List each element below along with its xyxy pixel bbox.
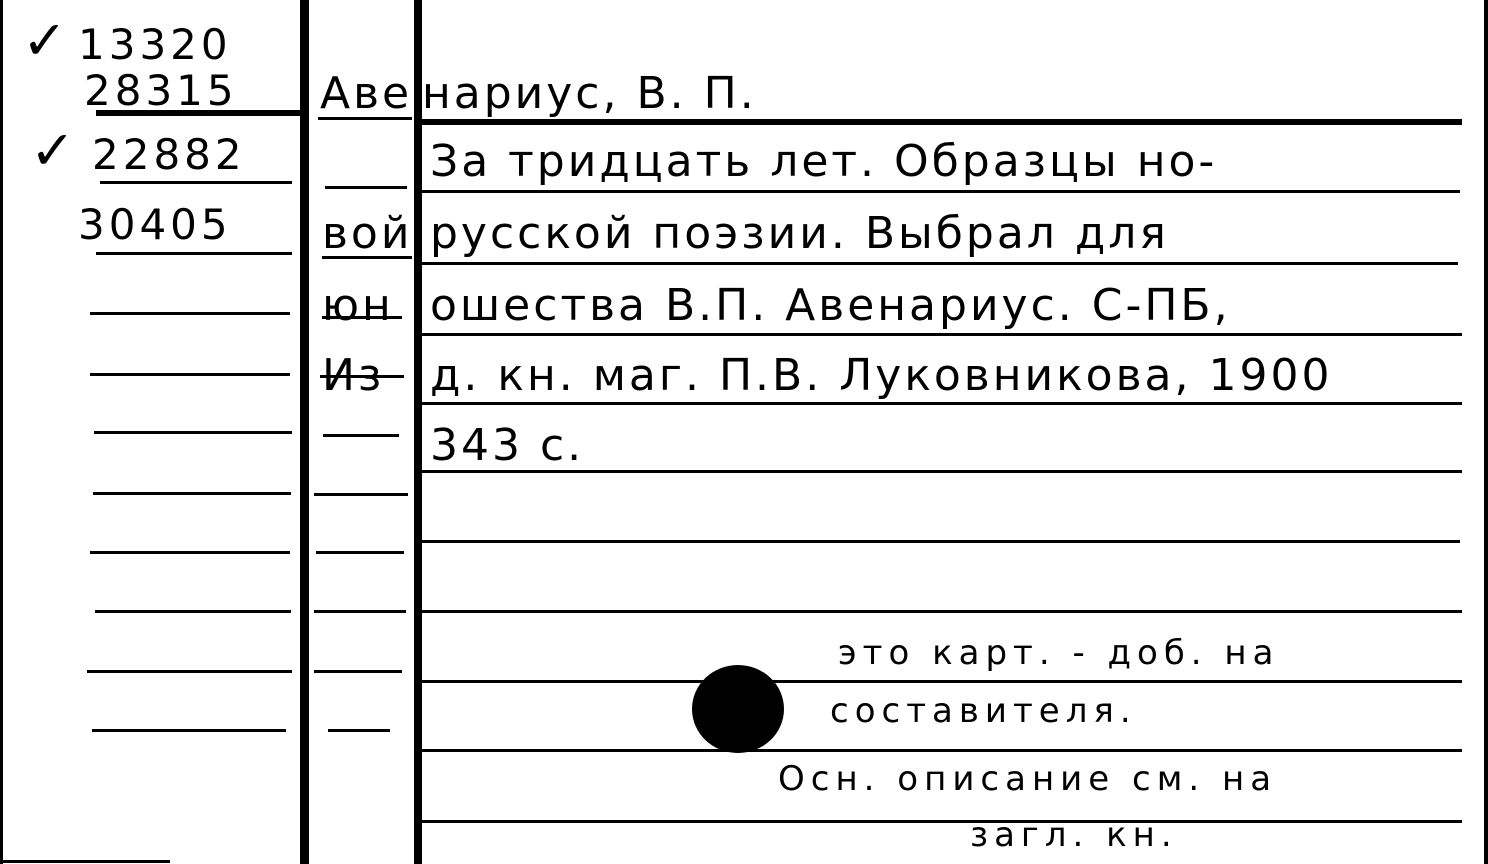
rule <box>316 551 404 554</box>
catalog-card: ✓ 13320 28315 ✓ 22882 30405 Аве нариус, … <box>0 0 1488 864</box>
rule <box>90 551 290 554</box>
rule <box>90 373 290 376</box>
rule <box>94 431 292 434</box>
rule <box>422 333 1462 336</box>
rule <box>325 186 407 189</box>
punch-hole <box>692 665 784 753</box>
author-heading: нариус, В. П. <box>422 72 757 116</box>
rule <box>422 262 1458 265</box>
call-number: 28315 <box>84 70 238 112</box>
card-edge-right <box>1484 0 1488 864</box>
rule <box>314 493 408 496</box>
note-line: это карт. - доб. на <box>838 636 1279 670</box>
rule <box>100 181 292 184</box>
call-number: 13320 <box>78 24 232 66</box>
description-line: ошества В.П. Авенариус. С-ПБ, <box>430 284 1231 328</box>
rule <box>422 540 1460 543</box>
description-line: д. кн. маг. П.В. Луковникова, 1900 <box>430 354 1332 398</box>
note-line: Осн. описание см. на <box>778 762 1277 796</box>
rule <box>422 749 1462 752</box>
rule <box>96 252 292 255</box>
rule <box>90 312 290 315</box>
card-edge-bottom <box>0 860 170 863</box>
rule <box>314 610 406 613</box>
check-mark-icon: ✓ <box>30 124 75 178</box>
rule <box>422 190 1460 193</box>
rule <box>95 610 291 613</box>
rule <box>323 434 399 437</box>
rule <box>92 729 286 732</box>
call-number: 22882 <box>92 134 246 176</box>
column-rule-left <box>300 0 309 864</box>
column-rule-right <box>414 0 422 864</box>
rule <box>422 680 1462 683</box>
call-number: 30405 <box>78 204 232 246</box>
rule <box>422 820 1462 823</box>
description-margin: юн <box>322 284 394 328</box>
card-edge-left <box>0 0 3 864</box>
description-margin: Из <box>322 354 384 398</box>
rule <box>422 402 1462 405</box>
description-line: За тридцать лет. Образцы но- <box>430 140 1217 184</box>
rule <box>422 119 1462 125</box>
rule <box>314 670 402 673</box>
check-mark-icon: ✓ <box>22 14 67 68</box>
description-line: русской поэзии. Выбрал для <box>430 212 1169 256</box>
note-line: составителя. <box>830 694 1137 728</box>
pagination: 343 с. <box>430 424 584 468</box>
description-margin: вой <box>322 212 412 256</box>
rule <box>328 729 390 732</box>
rule <box>422 610 1462 613</box>
rule <box>93 492 291 495</box>
rule <box>87 670 292 673</box>
author-heading-prefix: Аве <box>320 72 412 116</box>
note-line: загл. кн. <box>970 818 1178 852</box>
